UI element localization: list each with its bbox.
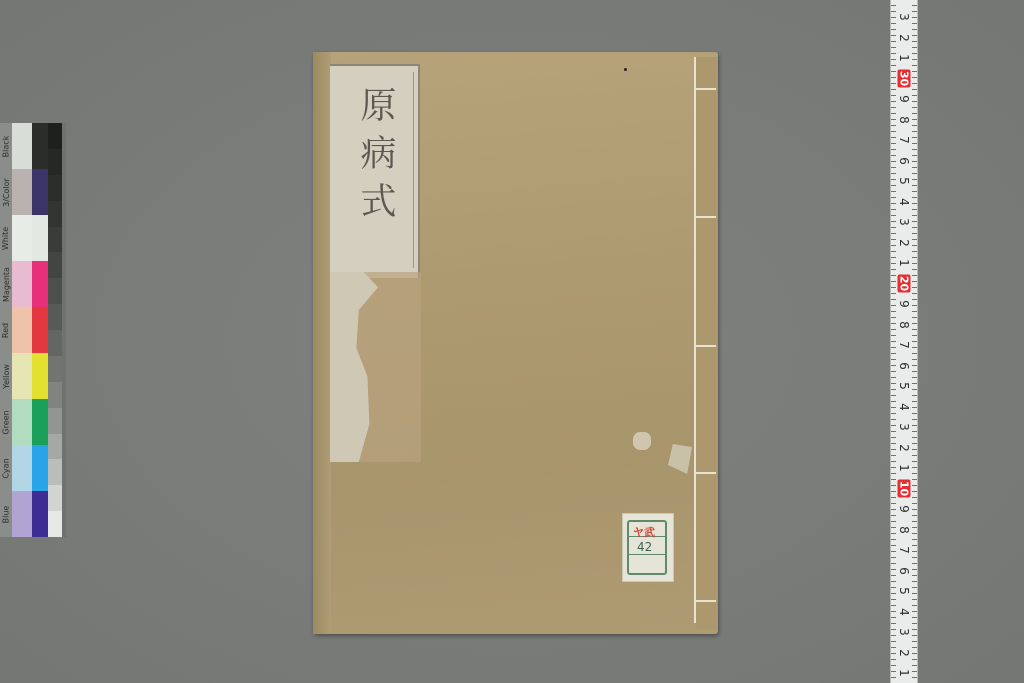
color-patch [32,261,48,307]
title-slip: 原病式 [330,64,420,278]
gray-step [48,149,62,175]
grayscale-column [48,123,62,537]
gray-step [48,175,62,201]
color-patch [12,491,32,537]
gray-step [48,123,62,149]
gray-step [48,278,62,304]
chart-label-yellow: Yellow [0,353,12,399]
light-patch-column [12,123,32,537]
ruler-number: 20 [898,274,911,292]
color-patch [12,445,32,491]
ruler-number: 5 [897,582,911,600]
binding-stitch [694,600,716,602]
color-patch [12,123,32,169]
color-patch [12,261,32,307]
color-patch [32,123,48,169]
chart-label-white: White [0,215,12,261]
chart-label-3color: 3/Color [0,169,12,215]
ruler-number: 8 [897,316,911,334]
chart-label-green: Green [0,399,12,445]
binding-thread [694,57,696,623]
color-patch [32,445,48,491]
label-frame: ヤ武 42 [627,520,667,575]
gray-step [48,356,62,382]
ruler-number: 3 [897,623,911,641]
ruler-number: 2 [897,644,911,662]
wear-spot [668,444,692,474]
book-title: 原病式 [350,86,410,230]
ruler-number: 6 [897,357,911,375]
ruler-number: 3 [897,8,911,26]
gray-step [48,511,62,537]
gray-step [48,201,62,227]
measuring-ruler: 321309876543212098765432110987654321 [890,0,918,683]
title-slip-border [413,72,414,268]
chart-label-red: Red [0,307,12,353]
ruler-number: 9 [897,500,911,518]
ruler-number: 6 [897,562,911,580]
gray-step [48,382,62,408]
ruler-number: 4 [897,603,911,621]
label-mark: ヤ武 [633,524,655,540]
ruler-number: 9 [897,90,911,108]
binding-stitch [694,88,716,90]
ruler-number: 8 [897,521,911,539]
dark-patch-column [32,123,48,537]
ruler-number: 1 [897,254,911,272]
chart-label-magenta: Magenta [0,261,12,307]
color-patch [32,169,48,215]
gray-step [48,227,62,253]
wear-spot [633,432,651,450]
label-divider [629,554,665,555]
book-cover: 原病式 ヤ武 42 [313,52,718,634]
chart-label-cyan: Cyan [0,445,12,491]
ruler-number: 1 [897,664,911,682]
color-patch [12,353,32,399]
ruler-number: 4 [897,398,911,416]
ruler-number: 2 [897,29,911,47]
color-patch [32,353,48,399]
ruler-number: 2 [897,439,911,457]
chart-label-black: Black [0,123,12,169]
gray-step [48,485,62,511]
color-patch [32,215,48,261]
ruler-number: 30 [898,69,911,87]
color-patch [12,169,32,215]
gray-step [48,434,62,460]
ruler-number: 3 [897,213,911,231]
color-patch [12,215,32,261]
ruler-number: 4 [897,193,911,211]
color-patch [32,491,48,537]
ruler-number: 5 [897,377,911,395]
ruler-number: 6 [897,152,911,170]
ruler-number: 8 [897,111,911,129]
ruler-number: 2 [897,234,911,252]
binding-stitch [694,216,716,218]
chart-label-blue: Blue [0,491,12,537]
gray-step [48,408,62,434]
binding-stitch [694,345,716,347]
ruler-number: 7 [897,131,911,149]
ruler-number: 7 [897,336,911,354]
ruler-number: 10 [898,479,911,497]
ruler-number: 5 [897,172,911,190]
label-number: 42 [637,540,652,554]
ruler-number: 1 [897,459,911,477]
color-patch [32,399,48,445]
gray-step [48,459,62,485]
book-left-edge [313,52,331,634]
binding-stitch [694,472,716,474]
color-patch [32,307,48,353]
ruler-number: 1 [897,49,911,67]
book-spine-strip [696,57,718,629]
chart-labels: Black 3/Color White Magenta Red Yellow G… [0,123,12,537]
gray-step [48,252,62,278]
color-calibration-chart: Black 3/Color White Magenta Red Yellow G… [0,123,66,537]
ruler-number: 7 [897,541,911,559]
ruler-number: 9 [897,295,911,313]
color-patch [12,399,32,445]
color-patch [12,307,32,353]
gray-step [48,304,62,330]
ink-dot [624,68,627,71]
ruler-number: 3 [897,418,911,436]
gray-step [48,330,62,356]
library-call-number-label: ヤ武 42 [622,513,674,582]
